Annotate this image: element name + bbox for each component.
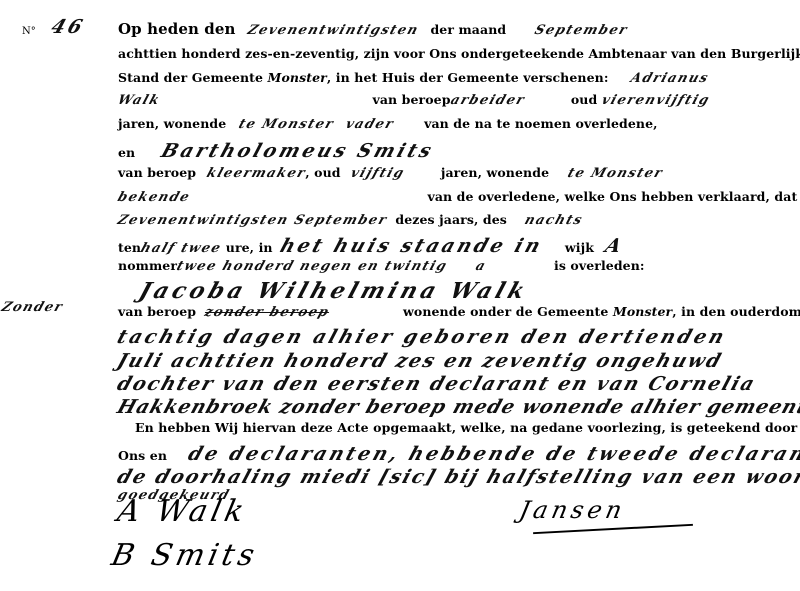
handwritten-declarant-1-first-name: Adrianus [629, 71, 711, 86]
handwritten-text: Juli achttien honderd zes en zeventig on… [114, 350, 725, 372]
handwritten-date-day: Zevenentwintigsten [246, 23, 401, 38]
printed-text: van de na te noemen overledene, [424, 116, 658, 131]
line-12: Jacoba Wilhelmina Walk [140, 278, 528, 304]
printed-text: achttien honderd zes-en-zeventig, zijn v… [118, 46, 800, 61]
line-6: en Bartholomeus Smits [118, 140, 433, 162]
printed-text: dezes jaars, des [395, 212, 507, 227]
handwritten-age: vierenvijftig [599, 93, 712, 108]
printed-text: jaren, wonende [118, 116, 226, 131]
line-16: dochter van den eersten declarant en van… [118, 373, 755, 395]
printed-text: van beroep [118, 165, 196, 180]
act-number-label: N° [22, 26, 36, 37]
line-1: Op heden den Zevenentwintigsten der maan… [118, 20, 627, 38]
printed-text: wonende onder de Gemeente [403, 304, 608, 319]
printed-text: Ons en [118, 448, 167, 463]
handwritten-house-number: twee honderd negen en twintig [175, 259, 450, 274]
margin-note: Zonder [0, 300, 65, 315]
handwritten-profession: arbeider [448, 93, 527, 108]
handwritten-profession: kleermaker [204, 166, 308, 181]
handwritten-text: de declaranten, hebbende de tweede decla… [186, 443, 800, 465]
handwritten-text: de doorhaling miedi [sic] bij halfstelli… [114, 466, 800, 488]
printed-text: is overleden: [554, 258, 645, 273]
line-11: nommertwee honderd negen en twintig a is… [118, 258, 645, 274]
printed-text: , oud [305, 165, 340, 180]
handwritten-death-date: Zevenentwintigsten September [116, 213, 390, 228]
handwritten-declarant-2-name: Bartholomeus Smits [158, 140, 437, 162]
handwritten-profession-struck: zonder beroep [202, 305, 331, 320]
line-18: En hebben Wij hiervan deze Acte opgemaak… [135, 420, 797, 435]
line-8: bekende van de overledene, welke Ons heb… [118, 189, 800, 205]
handwritten-relation: bekende [116, 190, 306, 205]
printed-text: Stand der Gemeente [118, 70, 263, 85]
line-10: tenhalf twee ure, in het huis staande in… [118, 235, 624, 257]
handwritten-time-of-day: nachts [523, 213, 585, 228]
signature-official: Jansen [517, 496, 628, 524]
printed-text: wijk [565, 240, 594, 255]
printed-text: , in het Huis der Gemeente verschenen: [327, 70, 609, 85]
printed-text: nommer [118, 258, 177, 273]
printed-text: van de overledene, welke Ons hebben verk… [427, 189, 800, 204]
line-2: achttien honderd zes-en-zeventig, zijn v… [118, 46, 800, 61]
printed-text: En hebben Wij hiervan deze Acte opgemaak… [135, 420, 797, 435]
printed-text: en [118, 145, 135, 160]
printed-text: der maand [430, 22, 506, 37]
printed-text: ure, in [226, 240, 273, 255]
handwritten-district: A [603, 235, 628, 257]
line-13: van beroep zonder beroep wonende onder d… [118, 304, 800, 320]
line-15: Juli achttien honderd zes en zeventig on… [118, 350, 722, 372]
signature-underline [533, 524, 693, 534]
printed-text: Op heden den [118, 20, 236, 38]
line-5: jaren, wonende te Monster vader van de n… [118, 116, 658, 132]
line-7: van beroep kleermaker, oud vijftig jaren… [118, 165, 662, 181]
line-14: tachtig dagen alhier geboren den dertien… [118, 326, 726, 348]
line-3: Stand der Gemeente Monster, in het Huis … [118, 70, 709, 86]
signature-declarant-2: B Smits [108, 538, 261, 573]
line-20: de doorhaling miedi [sic] bij halfstelli… [118, 466, 800, 488]
line-17: Hakkenbroek zonder beroep mede wonende a… [118, 396, 800, 418]
printed-text: , in den ouderdom van [672, 304, 800, 319]
line-9: Zevenentwintigsten September dezes jaars… [118, 212, 583, 228]
handwritten-month: September [532, 23, 629, 38]
handwritten-residence: te Monster [565, 166, 665, 181]
line-4: Walk van beroeparbeider oud vierenvijfti… [118, 92, 709, 108]
printed-text: van beroep [118, 304, 196, 319]
municipality-name: Monster [613, 304, 672, 319]
handwritten-declarant-1-surname: Walk [116, 93, 271, 108]
line-19: Ons en de declaranten, hebbende de tweed… [118, 443, 800, 465]
handwritten-location: het huis staande in [278, 235, 547, 257]
printed-text: ten [118, 240, 141, 255]
handwritten-age: vijftig [349, 166, 407, 181]
printed-text: jaren, wonende [441, 165, 549, 180]
signature-declarant-1: A Walk [114, 494, 251, 529]
handwritten-text: Hakkenbroek zonder beroep mede wonende a… [114, 396, 800, 418]
handwritten-deceased-name: Jacoba Wilhelmina Walk [136, 278, 532, 304]
handwritten-residence: te Monster [236, 117, 336, 132]
death-certificate-page: N° 46 Op heden den Zevenentwintigsten de… [0, 0, 800, 591]
handwritten-house-suffix: a [473, 259, 488, 274]
handwritten-hour: half twee [139, 241, 224, 256]
printed-text: van beroep [372, 92, 450, 107]
handwritten-text: dochter van den eersten declarant en van… [114, 373, 758, 395]
printed-text: oud [571, 92, 597, 107]
handwritten-relation: vader [344, 117, 397, 132]
act-number: 46 [48, 16, 88, 38]
municipality-name: Monster [268, 70, 327, 85]
handwritten-text: tachtig dagen alhier geboren den dertien… [114, 326, 729, 348]
